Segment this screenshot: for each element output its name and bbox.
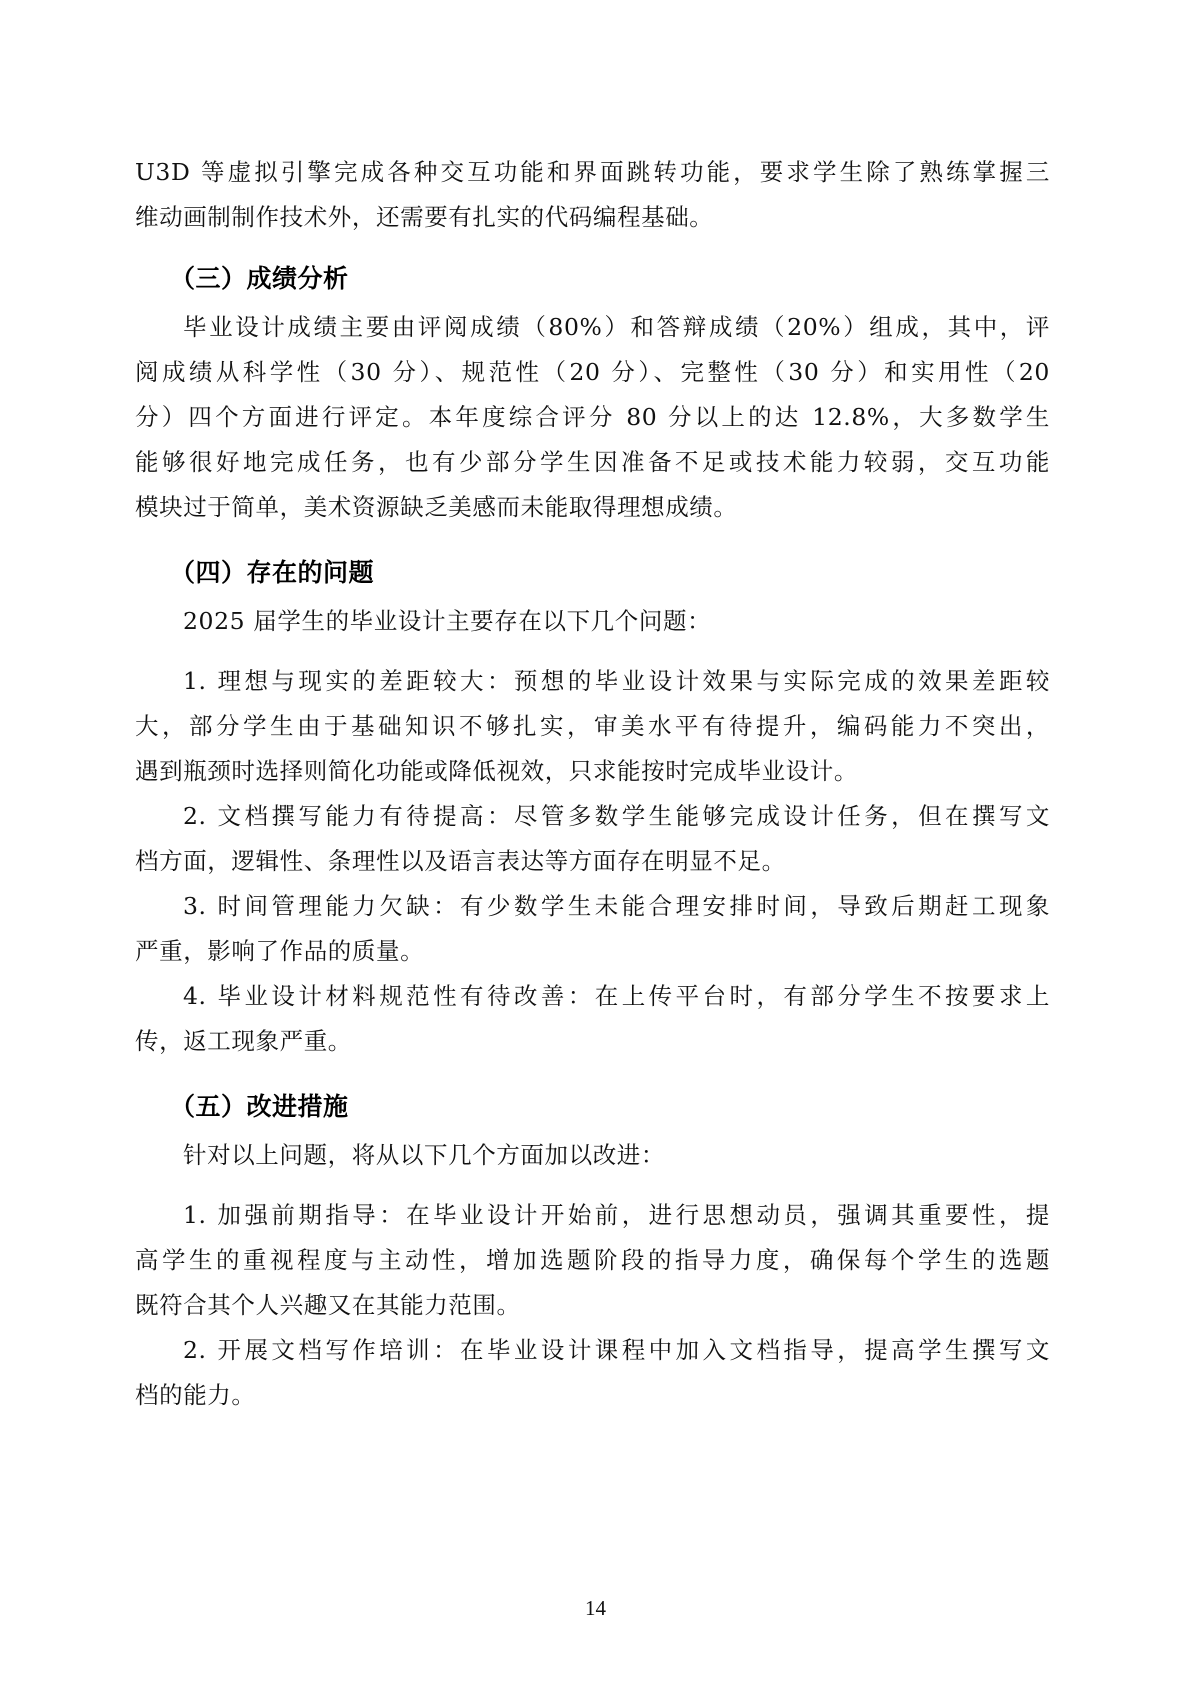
list-item-line: 遇到瓶颈时选择则简化功能或降低视效，只求能按时完成毕业设计。 bbox=[135, 756, 1050, 786]
body-text-line: 能够很好地完成任务，也有少部分学生因准备不足或技术能力较弱，交互功能 bbox=[135, 447, 1050, 477]
body-text-line: 阅成绩从科学性（30 分）、规范性（20 分）、完整性（30 分）和实用性（20 bbox=[135, 357, 1050, 387]
list-item-line: 大，部分学生由于基础知识不够扎实，审美水平有待提升，编码能力不突出， bbox=[135, 711, 1050, 741]
body-text-line: U3D 等虚拟引擎完成各种交互功能和界面跳转功能，要求学生除了熟练掌握三 bbox=[135, 157, 1050, 187]
list-item-line: 1. 理想与现实的差距较大：预想的毕业设计效果与实际完成的效果差距较 bbox=[183, 666, 1050, 696]
body-text-line: 2025 届学生的毕业设计主要存在以下几个问题： bbox=[183, 606, 1050, 636]
list-item-line: 传，返工现象严重。 bbox=[135, 1026, 1050, 1056]
body-text-line: 分）四个方面进行评定。本年度综合评分 80 分以上的达 12.8%，大多数学生 bbox=[135, 402, 1050, 432]
list-item-line: 档方面，逻辑性、条理性以及语言表达等方面存在明显不足。 bbox=[135, 846, 1050, 876]
list-item-line: 高学生的重视程度与主动性，增加选题阶段的指导力度，确保每个学生的选题 bbox=[135, 1245, 1050, 1275]
document-page: U3D 等虚拟引擎完成各种交互功能和界面跳转功能，要求学生除了熟练掌握三 维动画… bbox=[0, 0, 1191, 1684]
list-item-line: 1. 加强前期指导：在毕业设计开始前，进行思想动员，强调其重要性，提 bbox=[183, 1200, 1050, 1230]
body-text-line: 针对以上问题，将从以下几个方面加以改进： bbox=[183, 1140, 1050, 1170]
list-item-line: 3. 时间管理能力欠缺：有少数学生未能合理安排时间，导致后期赶工现象 bbox=[183, 891, 1050, 921]
section-heading-improvement-measures: （五）改进措施 bbox=[170, 1092, 349, 1122]
body-text-line: 维动画制制作技术外，还需要有扎实的代码编程基础。 bbox=[135, 202, 1050, 232]
list-item-line: 2. 文档撰写能力有待提高：尽管多数学生能够完成设计任务，但在撰写文 bbox=[183, 801, 1050, 831]
body-text-line: 模块过于简单，美术资源缺乏美感而未能取得理想成绩。 bbox=[135, 492, 1050, 522]
list-item-line: 2. 开展文档写作培训：在毕业设计课程中加入文档指导，提高学生撰写文 bbox=[183, 1335, 1050, 1365]
section-heading-grade-analysis: （三）成绩分析 bbox=[170, 264, 349, 294]
list-item-line: 档的能力。 bbox=[135, 1380, 1050, 1410]
page-number: 14 bbox=[0, 1596, 1191, 1620]
list-item-line: 既符合其个人兴趣又在其能力范围。 bbox=[135, 1290, 1050, 1320]
list-item-line: 4. 毕业设计材料规范性有待改善：在上传平台时，有部分学生不按要求上 bbox=[183, 981, 1050, 1011]
list-item-line: 严重，影响了作品的质量。 bbox=[135, 936, 1050, 966]
section-heading-existing-problems: （四）存在的问题 bbox=[170, 558, 374, 588]
body-text-line: 毕业设计成绩主要由评阅成绩（80%）和答辩成绩（20%）组成，其中，评 bbox=[183, 312, 1050, 342]
